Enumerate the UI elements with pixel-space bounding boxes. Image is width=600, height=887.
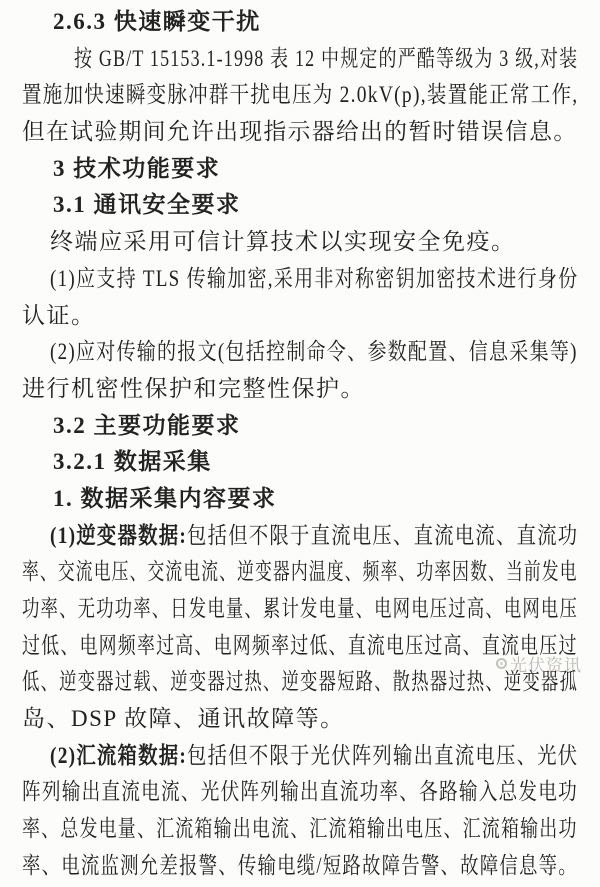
heading-text: 3.2.1 数据采集 [53,444,212,481]
body-text: 但在试验期间允许出现指示器给出的暂时错误信息。 [22,114,578,151]
text-line: 终端应采用可信计算技术以实现安全免疫。 [22,224,578,261]
inverter-data-lead-in: (1)逆变器数据: [50,523,187,548]
heading-3-2-1-data-collection: 3.2.1 数据采集 [22,444,578,481]
heading-text: 3 技术功能要求 [53,151,220,188]
text-line: 认证。 [22,298,578,335]
text-line: (2)应对传输的报文(包括控制命令、参数配置、信息采集等) [22,334,578,371]
document-page: 2.6.3 快速瞬变干扰 按 GB/T 15153.1-1998 表 12 中规… [0,0,600,887]
body-text: (1)应支持 TLS 传输加密,采用非对称密钥加密技术进行身份 [50,261,578,298]
heading-text: 2.6.3 快速瞬变干扰 [53,4,261,41]
body-text: 过低、电网频率过高、电网频率过低、直流电压过高、直流电压过 [22,628,578,665]
heading-text: 1. 数据采集内容要求 [53,481,277,518]
text-line: 率、总发电量、汇流箱输出电流、汇流箱输出电压、汇流箱输出功 [22,811,578,848]
text-line: 按 GB/T 15153.1-1998 表 12 中规定的严酷等级为 3 级,对… [22,41,578,78]
body-text: 低、逆变器过载、逆变器过热、逆变器短路、散热器过热、逆变器孤 [22,664,578,701]
text-line: 率、电流监测允差报警、传输电缆/短路故障告警、故障信息等。 [22,848,578,885]
body-text: 终端应采用可信计算技术以实现安全免疫。 [50,224,516,261]
body-text: (2)应对传输的报文(包括控制命令、参数配置、信息采集等) [50,334,578,371]
body-text: 按 GB/T 15153.1-1998 表 12 中规定的严酷等级为 3 级,对… [74,41,578,78]
body-text: 进行机密性保护和完整性保护。 [22,371,365,408]
body-text: 岛、DSP 故障、通讯故障等。 [22,701,345,738]
combiner-box-data-lead-in: (2)汇流箱数据: [50,743,187,768]
body-text: (1)逆变器数据:包括但不限于直流电压、直流电流、直流功 [50,518,578,555]
text-line: (1)应支持 TLS 传输加密,采用非对称密钥加密技术进行身份 [22,261,578,298]
text-line: 进行机密性保护和完整性保护。 [22,371,578,408]
text-line: 过低、电网频率过高、电网频率过低、直流电压过高、直流电压过 [22,628,578,665]
body-text: 率、电流监测允差报警、传输电缆/短路故障告警、故障信息等。 [22,848,578,885]
body-text: 率、总发电量、汇流箱输出电流、汇流箱输出电压、汇流箱输出功 [22,811,578,848]
heading-3-tech-function-requirements: 3 技术功能要求 [22,151,578,188]
text-line: (1)逆变器数据:包括但不限于直流电压、直流电流、直流功 [22,518,578,555]
text-line: 率、交流电压、交流电流、逆变器内温度、频率、功率因数、当前发电 [22,554,578,591]
body-text: 包括但不限于光伏阵列输出直流电压、光伏 [187,743,578,768]
text-line: 功率、无功功率、日发电量、累计发电量、电网电压过高、电网电压 [22,591,578,628]
heading-text: 3.1 通讯安全要求 [53,187,241,224]
body-text: 阵列输出直流电流、光伏阵列输出直流功率、各路输入总发电功 [22,774,578,811]
text-line: 岛、DSP 故障、通讯故障等。 [22,701,578,738]
body-text: 置施加快速瞬变脉冲群干扰电压为 2.0kV(p),装置能正常工作, [22,77,578,114]
body-text: (2)汇流箱数据:包括但不限于光伏阵列输出直流电压、光伏 [50,738,578,775]
body-text: 认证。 [22,298,96,335]
text-line: 阵列输出直流电流、光伏阵列输出直流功率、各路输入总发电功 [22,774,578,811]
text-line: 置施加快速瞬变脉冲群干扰电压为 2.0kV(p),装置能正常工作, [22,77,578,114]
heading-2-6-3-fast-transient: 2.6.3 快速瞬变干扰 [22,4,578,41]
heading-1-data-content-requirements: 1. 数据采集内容要求 [22,481,578,518]
text-line: 但在试验期间允许出现指示器给出的暂时错误信息。 [22,114,578,151]
body-text: 包括但不限于直流电压、直流电流、直流功 [187,523,578,548]
heading-3-2-main-functions: 3.2 主要功能要求 [22,408,578,445]
text-line: 低、逆变器过载、逆变器过热、逆变器短路、散热器过热、逆变器孤 [22,664,578,701]
body-text: 率、交流电压、交流电流、逆变器内温度、频率、功率因数、当前发电 [22,554,578,591]
body-text: 功率、无功功率、日发电量、累计发电量、电网电压过高、电网电压 [22,591,578,628]
text-line: (2)汇流箱数据:包括但不限于光伏阵列输出直流电压、光伏 [22,738,578,775]
heading-text: 3.2 主要功能要求 [53,408,241,445]
heading-3-1-comm-security: 3.1 通讯安全要求 [22,187,578,224]
